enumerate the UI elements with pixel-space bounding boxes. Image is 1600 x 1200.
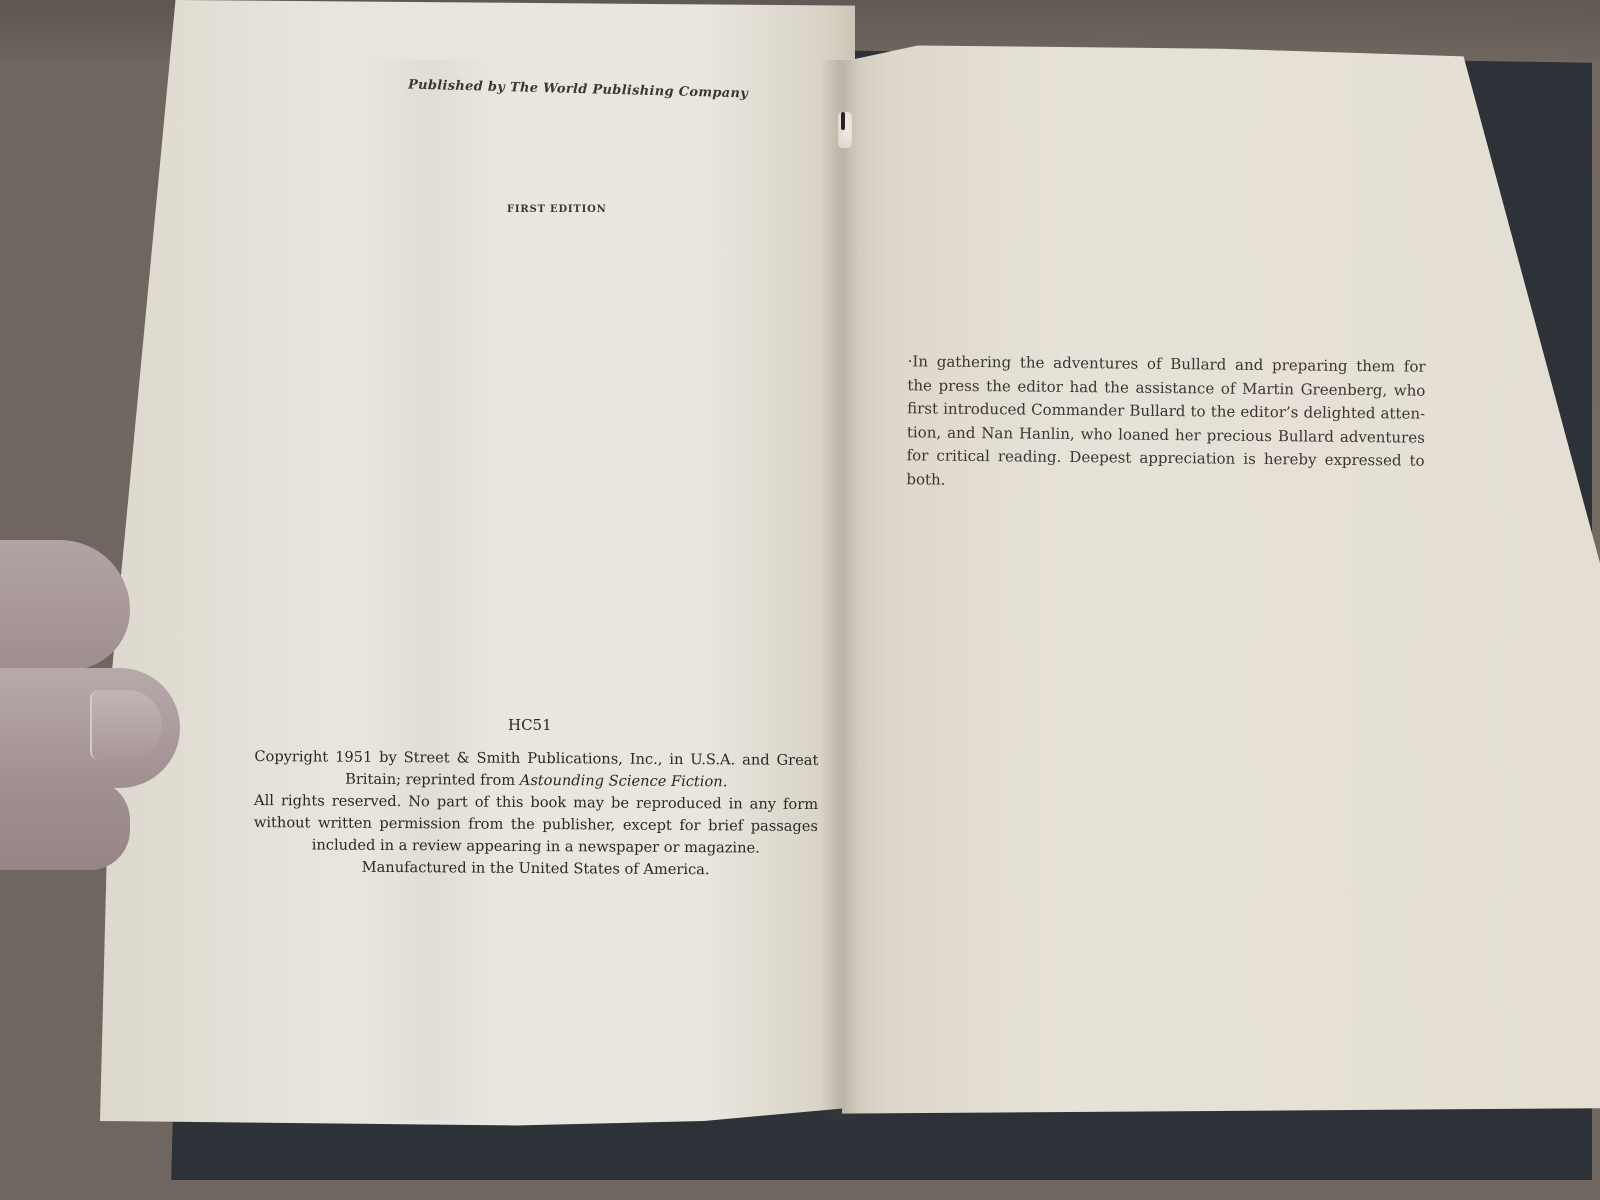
thumbnail: [90, 690, 162, 760]
copyright-notice: Copyright 1951 by Street & Smith Publica…: [254, 746, 819, 882]
copyright-line: Copyright 1951 by Street & Smith Publica…: [254, 746, 818, 772]
edition-label: FIRST EDITION: [507, 204, 607, 215]
left-page-fold-shadow: [370, 60, 490, 1120]
printing-code: HC51: [508, 716, 552, 734]
copyright-line: Manufactured in the United States of Ame…: [254, 856, 818, 882]
middle-finger: [0, 780, 130, 870]
hand-holding-page: [0, 540, 150, 860]
copyright-line: included in a review appearing in a news…: [254, 834, 818, 860]
index-finger: [0, 540, 130, 670]
book-gutter: [820, 60, 860, 1120]
right-page: [842, 40, 1600, 1130]
source-title: Astounding Science Fiction.: [520, 772, 728, 790]
acknowledgment-paragraph: ·In gathering the adventures of Bullard …: [906, 350, 1425, 496]
gutter-mark: [841, 112, 845, 130]
